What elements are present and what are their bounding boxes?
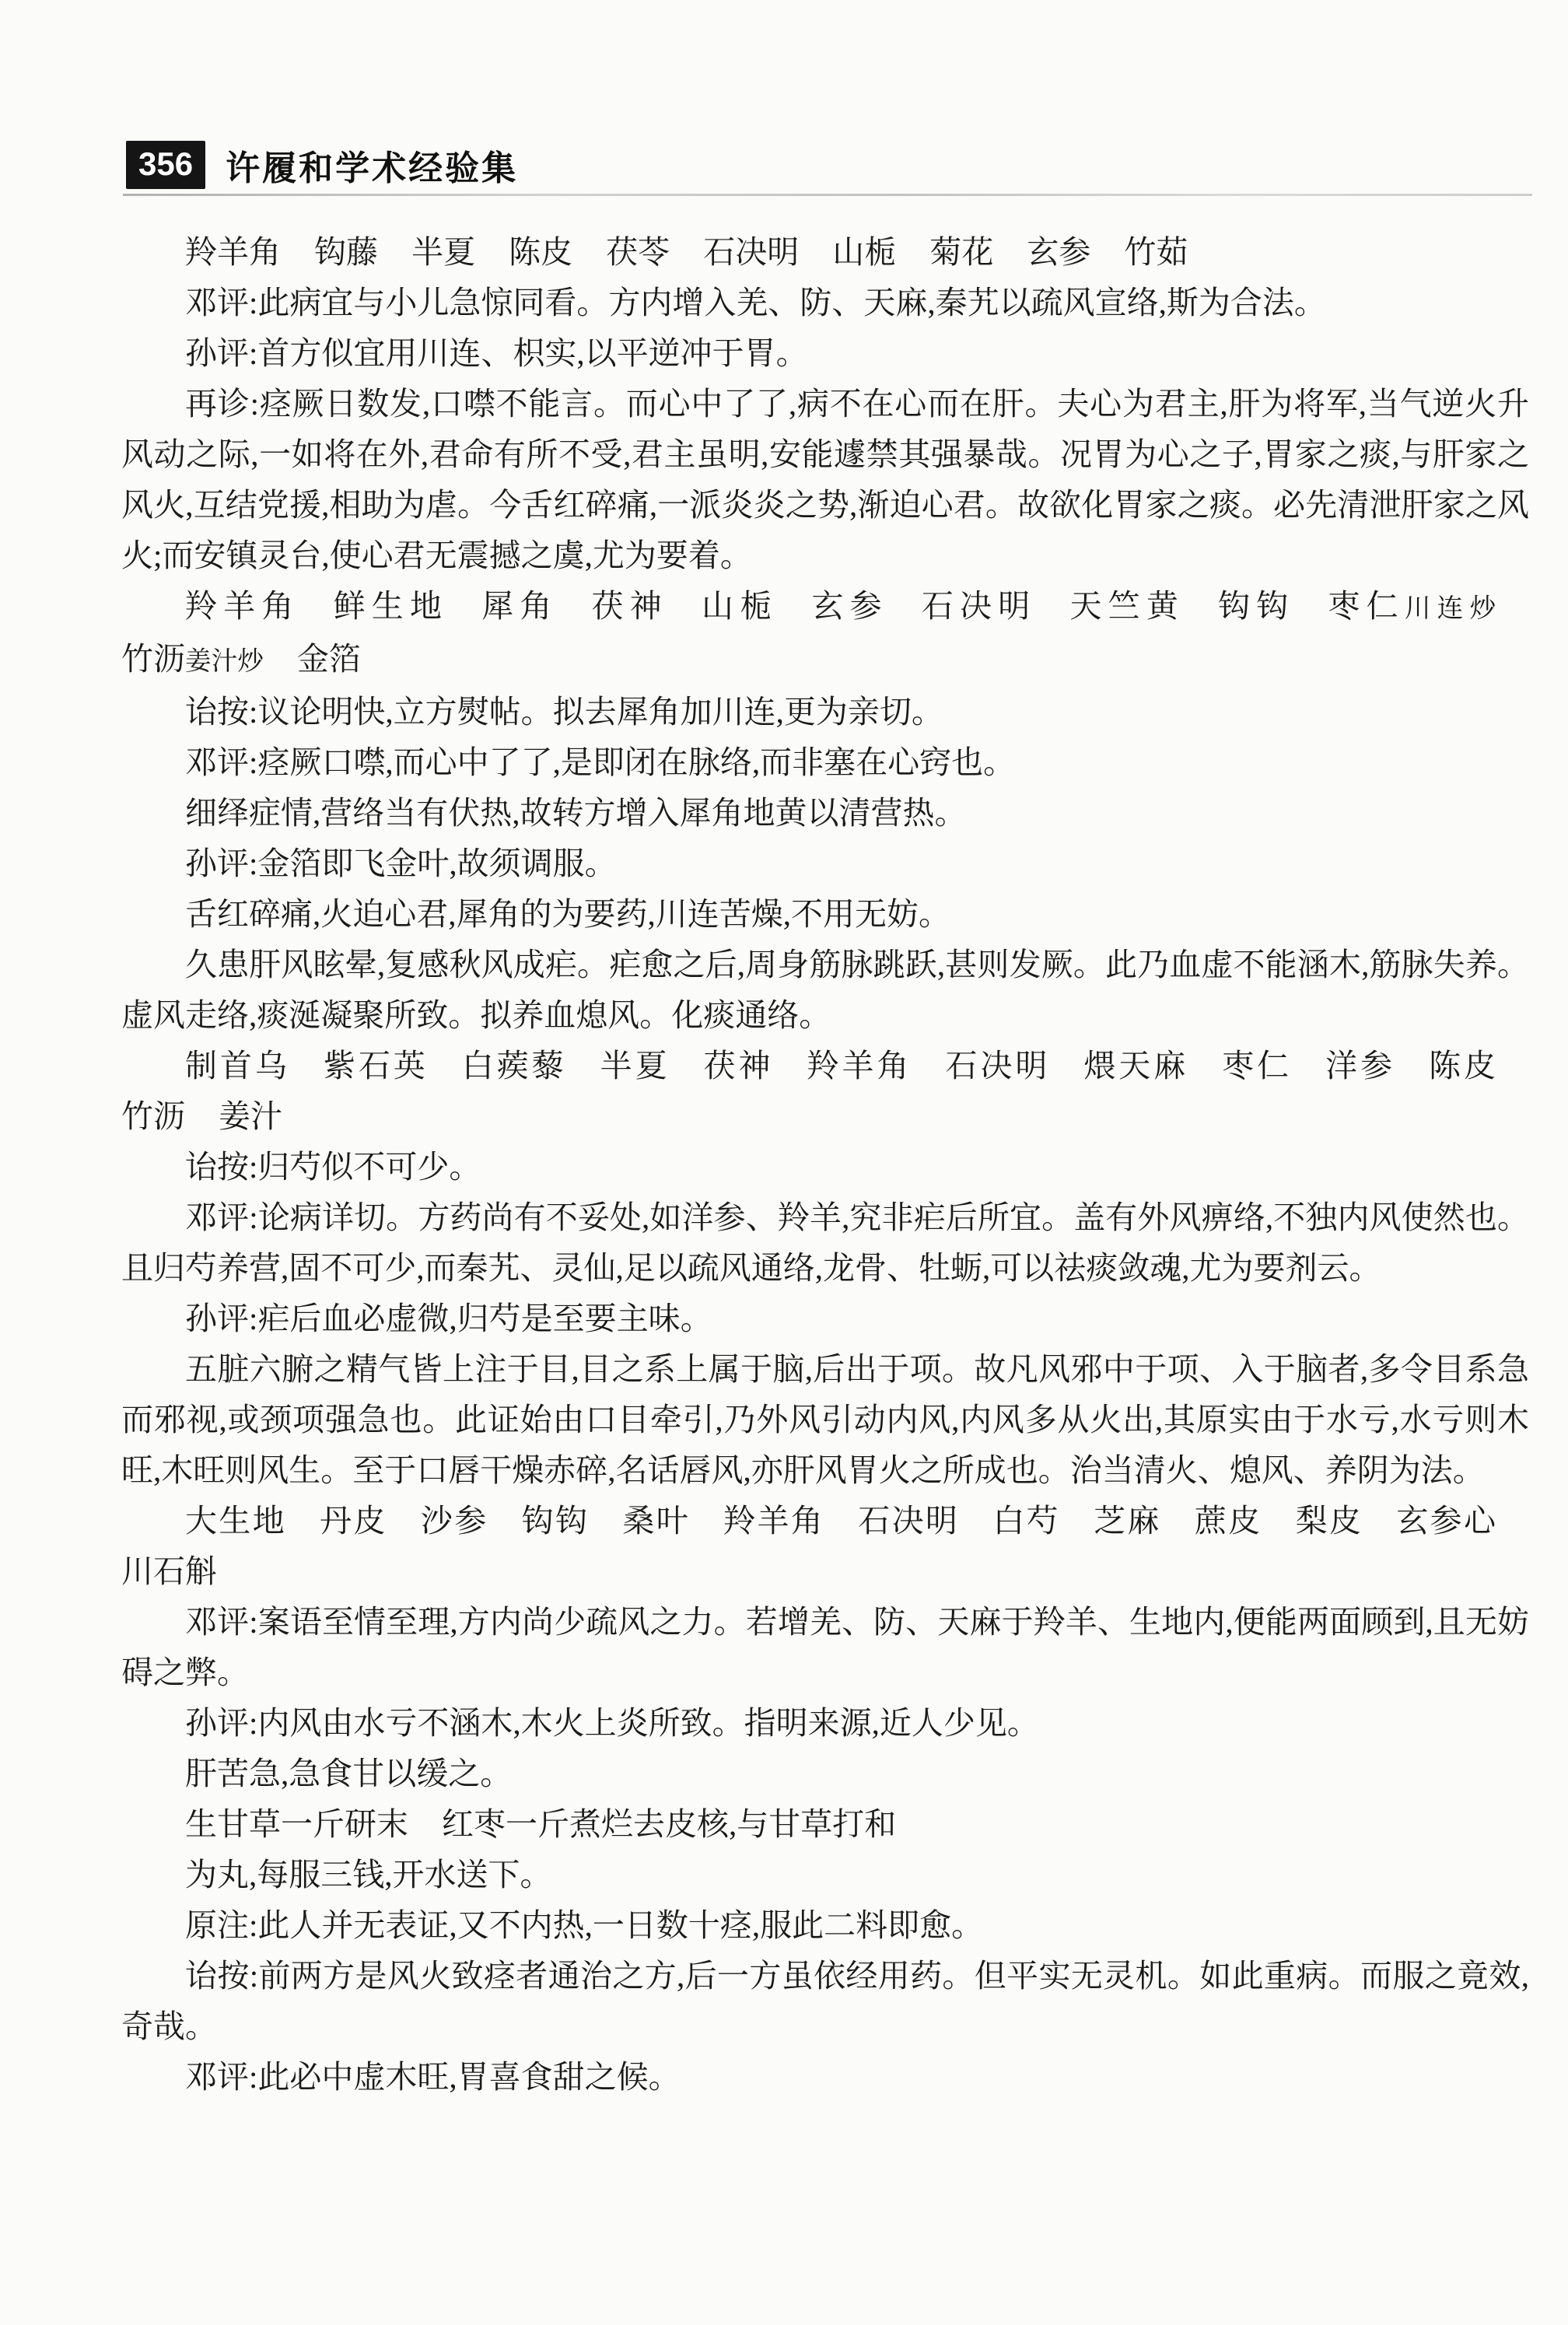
herb-note: 姜汁炒	[185, 647, 264, 676]
text-paragraph: 肝苦急,急食甘以缓之。	[121, 1749, 1529, 1799]
herb-item: 茯神	[592, 588, 702, 624]
herb-item: 沙参	[421, 1503, 522, 1539]
herb-item: 鲜生地	[334, 588, 482, 624]
text-paragraph: 舌红碎痛,火迫心君,犀角的为要药,川连苦燥,不用无妨。	[121, 889, 1529, 940]
text-paragraph: 诒按:归芍似不可少。	[121, 1142, 1529, 1192]
text-paragraph: 再诊:痉厥日数发,口噤不能言。而心中了了,病不在心而在肝。夫心为君主,肝为将军,…	[121, 379, 1529, 581]
herb-note: 川连炒	[1405, 594, 1496, 623]
herb-item: 川石斛	[121, 1553, 217, 1589]
text-paragraph: 诒按:议论明快,立方熨帖。拟去犀角加川连,更为亲切。	[121, 687, 1529, 737]
herb-item: 山栀	[702, 588, 811, 624]
herb-item: 煨天麻	[1083, 1048, 1222, 1084]
text-paragraph: 邓评:此病宜与小儿急惊同看。方内增入羌、防、天麻,秦艽以疏风宣络,斯为合法。	[121, 278, 1529, 328]
herb-item: 羚羊角	[185, 234, 314, 270]
header-rule	[123, 194, 1532, 196]
herb-item: 茯苓	[606, 234, 703, 270]
herb-item: 枣仁川连炒	[1328, 588, 1529, 624]
herb-item: 姜汁	[219, 1098, 282, 1134]
text-paragraph: 孙评:内风由水亏不涵木,木火上炎所致。指明来源,近人少见。	[121, 1698, 1529, 1749]
text-paragraph: 诒按:前两方是风火致痉者通治之方,后一方虽依经用药。但平实无灵机。如此重病。而服…	[121, 1951, 1529, 2052]
text-paragraph: 孙评:金箔即飞金叶,故须调服。	[121, 839, 1529, 889]
herb-item: 大生地	[185, 1503, 320, 1539]
herb-item: 钩钩	[1218, 588, 1328, 624]
herb-item: 石决明	[922, 588, 1070, 624]
herb-item: 石决明	[945, 1048, 1083, 1084]
page-body: 羚羊角钩藤半夏陈皮茯苓石决明山栀菊花玄参竹茹邓评:此病宜与小儿急惊同看。方内增入…	[121, 227, 1529, 2103]
herb-item: 钩钩	[522, 1503, 623, 1539]
herb-item: 竹茹	[1124, 234, 1188, 270]
text-paragraph: 孙评:疟后血必虚微,归芍是至要主味。	[121, 1294, 1529, 1344]
herb-item: 钩藤	[314, 234, 411, 270]
herb-item: 茯神	[704, 1048, 807, 1084]
herb-item: 生甘草一斤研末	[185, 1806, 442, 1842]
herb-item: 羚羊角	[185, 588, 334, 624]
herb-item: 半夏	[411, 234, 509, 270]
running-head: 356 许履和学术经验集	[126, 140, 1451, 190]
herb-item: 枣仁	[1222, 1048, 1325, 1084]
prescription-line: 羚羊角钩藤半夏陈皮茯苓石决明山栀菊花玄参竹茹	[121, 227, 1529, 278]
herb-item: 半夏	[600, 1048, 704, 1084]
herb-item: 白芍	[992, 1503, 1094, 1539]
herb-item: 芝麻	[1094, 1503, 1195, 1539]
herb-item: 梨皮	[1296, 1503, 1397, 1539]
herb-item: 石决明	[858, 1503, 992, 1539]
text-paragraph: 五脏六腑之精气皆上注于目,目之系上属于脑,后出于项。故凡风邪中于项、入于脑者,多…	[121, 1344, 1529, 1496]
text-paragraph: 邓评:此必中虚木旺,胃喜食甜之候。	[121, 2052, 1529, 2103]
herb-item: 玄参	[1027, 234, 1124, 270]
herb-item: 羚羊角	[723, 1503, 858, 1539]
text-paragraph: 原注:此人并无表证,又不内热,一日数十痉,服此二料即愈。	[121, 1900, 1529, 1951]
text-paragraph: 久患肝风眩晕,复感秋风成疟。疟愈之后,周身筋脉跳跃,甚则发厥。此乃血虚不能涵木,…	[121, 940, 1529, 1041]
book-page: 356 许履和学术经验集 羚羊角钩藤半夏陈皮茯苓石决明山栀菊花玄参竹茹邓评:此病…	[0, 0, 1568, 2325]
herb-item: 山栀	[832, 234, 929, 270]
herb-item: 紫石英	[324, 1048, 462, 1084]
herb-item: 白蒺藜	[462, 1048, 600, 1084]
herb-item: 玄参	[811, 588, 921, 624]
herb-item: 石决明	[703, 234, 832, 270]
herb-item: 犀角	[481, 588, 591, 624]
herb-item: 竹沥姜汁炒	[121, 641, 297, 677]
prescription-line: 羚羊角鲜生地犀角茯神山栀玄参石决明天竺黄钩钩枣仁川连炒竹沥姜汁炒金箔	[121, 581, 1529, 687]
prescription-line: 制首乌紫石英白蒺藜半夏茯神羚羊角石决明煨天麻枣仁洋参陈皮竹沥姜汁	[121, 1041, 1529, 1142]
prescription-line: 大生地丹皮沙参钩钩桑叶羚羊角石决明白芍芝麻蔗皮梨皮玄参心川石斛	[121, 1496, 1529, 1597]
book-title: 许履和学术经验集	[226, 140, 518, 190]
herb-item: 丹皮	[320, 1503, 421, 1539]
herb-item: 陈皮	[509, 234, 606, 270]
text-paragraph: 孙评:首方似宜用川连、枳实,以平逆冲于胃。	[121, 328, 1529, 379]
herb-item: 制首乌	[185, 1048, 324, 1084]
prescription-line: 生甘草一斤研末红枣一斤煮烂去皮核,与甘草打和	[121, 1799, 1529, 1850]
text-paragraph: 邓评:论病详切。方药尚有不妥处,如洋参、羚羊,究非疟后所宜。盖有外风痹络,不独内…	[121, 1192, 1529, 1294]
herb-item: 蔗皮	[1195, 1503, 1296, 1539]
text-paragraph: 细绎症情,营络当有伏热,故转方增入犀角地黄以清营热。	[121, 788, 1529, 839]
herb-item: 金箔	[297, 641, 361, 677]
herb-item: 红枣一斤煮烂去皮核,与甘草打和	[442, 1806, 896, 1842]
herb-item: 竹沥	[121, 1098, 219, 1134]
herb-item: 玄参心	[1396, 1503, 1529, 1539]
herb-item: 陈皮	[1429, 1048, 1529, 1084]
text-paragraph: 邓评:案语至情至理,方内尚少疏风之力。若增羌、防、天麻于羚羊、生地内,便能两面顾…	[121, 1597, 1529, 1698]
herb-item: 桑叶	[622, 1503, 723, 1539]
herb-item: 羚羊角	[807, 1048, 946, 1084]
text-paragraph: 邓评:痉厥口噤,而心中了了,是即闭在脉络,而非塞在心窍也。	[121, 737, 1529, 788]
page-number-badge: 356	[126, 141, 205, 189]
herb-item: 天竺黄	[1069, 588, 1218, 624]
herb-item: 洋参	[1325, 1048, 1429, 1084]
text-paragraph: 为丸,每服三钱,开水送下。	[121, 1850, 1529, 1900]
herb-item: 菊花	[929, 234, 1027, 270]
